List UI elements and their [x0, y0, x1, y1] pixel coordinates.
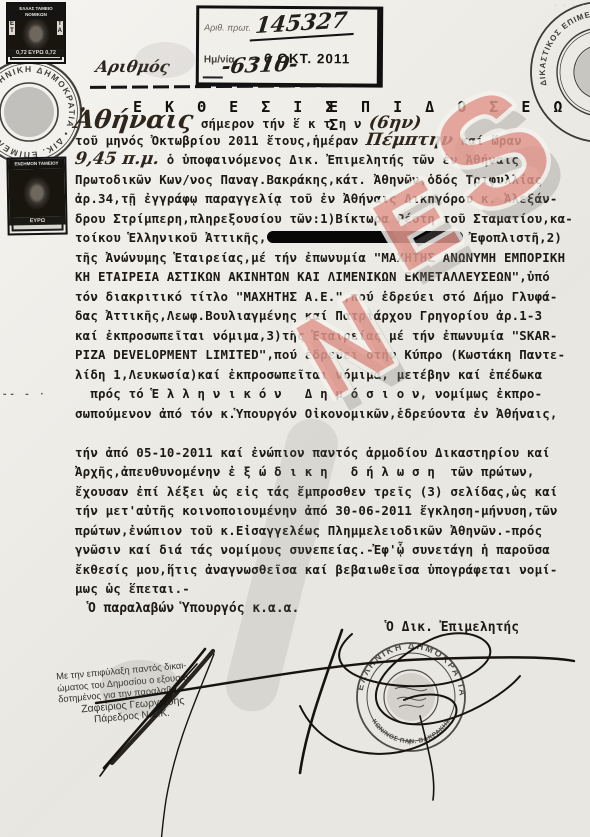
body-line: ἀρ.34,τῇ ἐγγράφῳ παραγγελίᾳ τοῦ ἐν Ἀθήνα… [75, 188, 573, 208]
typed-text: PIZA DEVELOPMENT LIMITED",πού ἑδρεύει στ… [75, 347, 565, 362]
bottom-right-round-stamp: ΕΛΛΗΝΙΚΗ ΔΗΜΟΚΡΑΤΙΑ ΚΩΝ/ΝΟΣ ΠΑΝ. ΒΑΚΡΑΚΗ… [355, 641, 468, 751]
body-line: ΚΗ ΕΤΑΙΡΕΙΑ ΑΣΤΙΚΩΝ ΑΚΙΝΗΤΩΝ ΚΑΙ ΛΙΜΕΝΙΚ… [75, 266, 573, 286]
typed-text: μως ὡς ἕπεται.- [75, 581, 190, 596]
body-line: ἔχουσαν ἐπί λέξει ὡς εἰς τάς ἔμπροσθεν τ… [75, 481, 573, 501]
bottom-right-stamp-star: ✳ [406, 735, 413, 748]
body-line: πρώτων,ἐνώπιον τοῦ κ.Εἰσαγγελέως Πλημμελ… [75, 520, 573, 540]
body-text: Ἀθήναις σήμερον τήν ἕ κ τ η ν (6ην)τοῦ μ… [75, 110, 573, 598]
body-line: ἔκθεσίς μου,ἥτις ἀναγνωσθεῖσα καί βεβαιω… [75, 559, 573, 579]
redaction-bar [267, 231, 463, 243]
doc-number-label: Αριθμός [94, 57, 171, 76]
typed-text: ἕ κ τ η ν [293, 116, 370, 131]
typed-text: ἔκθεσίς μου,ἥτις ἀναγνωσθεῖσα καί βεβαιω… [75, 562, 558, 577]
typed-text: καί ὥραν [453, 133, 522, 148]
typed-text: πρώτων,ἐνώπιον τοῦ κ.Εἰσαγγελέως Πλημμελ… [75, 523, 542, 538]
body-line: καί ἐκπροσωπεῖται νόμιμα,3)τῆς Ἑταιρείας… [75, 325, 573, 345]
typed-text: τοῦ μηνός Ὀκτωβρίου 2011 ἔτους,ἡμέραν [75, 133, 366, 148]
body-line: PIZA DEVELOPMENT LIMITED",πού ἑδρεύει στ… [75, 344, 573, 364]
body-line: δρου Στρίμπερη,πληρεξουσίου τῶν:1)Βίκτωρ… [75, 208, 573, 228]
typed-text: πρός τό Ἑ λ λ η ν ι κ ό ν Δ η μ ό σ ι ο … [75, 386, 542, 401]
protocol-number-label: Αριθ. πρωτ. [204, 22, 251, 32]
body-line: Πρωτοδικῶν Κων/νος Παναγ.Βακράκης,κάτ. Ἀ… [75, 169, 573, 189]
protocol-number-value: 145327 [250, 7, 357, 42]
typed-text: ἔχουσαν ἐπί λέξει ὡς εἰς τάς ἔμπροσθεν τ… [75, 484, 558, 499]
closing-bailiff-line: Ὁ Δικ. Ἐπιμελητής [386, 620, 519, 635]
typed-text: Πρωτοδικῶν Κων/νος Παναγ.Βακράκης,κάτ. Ἀ… [75, 172, 542, 187]
revenue-stamp-1-portrait: Ε Τ Τ Α [8, 19, 64, 49]
typed-text: τόν διακριτικό τίτλο "ΜΑΧΗΤΗΣ Α.Ε.",πού … [75, 289, 558, 304]
typed-text: Ἀρχῆς,ἀπευθυνομένην ἐ ξ ώ δ ι κ η δ ή λ … [75, 464, 535, 479]
typed-text: τῆς Ἀνώνυμης Ἑταιρείας,μέ τήν ἐπωνυμία "… [75, 250, 565, 265]
typed-text: σήμερον τήν [193, 116, 293, 131]
body-line: τήν μετ'αὐτῆς κοινοποιουμένην ἀπό 30-06-… [75, 500, 573, 520]
body-line: σωπούμενον ἀπό τόν κ.Ὑπουργόν Οἰκονομικῶ… [75, 403, 573, 423]
body-line: μως ὡς ἕπεται.- [75, 578, 573, 598]
typed-text: τήν μετ'αὐτῆς κοινοποιουμένην ἀπό 30-06-… [75, 503, 558, 518]
body-line: τήν ἀπό 05-10-2011 καί ἐνώπιον παντός ἁρ… [75, 442, 573, 462]
body-line: 9,45 π.μ. ὁ ὑποφαινόμενος Δικ. Ἐπιμελητή… [75, 149, 573, 169]
revenue-stamp-1-left-letters: Ε Τ [9, 21, 15, 35]
revenue-stamp-2: ΕΝΣΗΜΟΝ ΤΑΜΕΙΟΥ ΕΥΡΩ [6, 156, 67, 235]
corner-marks: · · · · [554, 2, 586, 9]
handwritten-text: Πέμπτην [365, 131, 455, 151]
document-page: • ΕΛΛΗΝΙΚΗ ΔΗΜΟΚΡΑΤΙΑ • ΔΙΚ. ΕΠΙΜΕΛΗΤΗΣ … [0, 0, 590, 837]
typed-text: γνῶσιν καί διά τάς νομίμους συνεπείας.-Ἐ… [75, 542, 550, 557]
body-line: Ἀρχῆς,ἀπευθυνομένην ἐ ξ ώ δ ι κ η δ ή λ … [75, 461, 573, 481]
typed-text: λίδη 1,Λευκωσία)καί ἐκπροσωπεῖται νόμιμα… [75, 367, 542, 382]
typed-text: τήν ἀπό 05-10-2011 καί ἐνώπιον παντός ἁρ… [75, 445, 550, 460]
body-line: λίδη 1,Λευκωσία)καί ἐκπροσωπεῖται νόμιμα… [75, 364, 573, 384]
typed-text: Ἐφοπλιστῆ,2) [463, 230, 563, 245]
revenue-stamp-1: ΕΛΛΑΣ ΤΑΜΕΙΟ ΝΟΜΙΚΩΝ Ε Τ Τ Α 0,72 ΕΥΡΩ 0… [6, 2, 66, 64]
protocol-number-row: Αριθ. πρωτ. 145327 [199, 8, 377, 45]
body-line: Ἀθήναις σήμερον τήν ἕ κ τ η ν (6ην) [75, 110, 573, 130]
body-line: τόν διακριτικό τίτλο "ΜΑΧΗΤΗΣ Α.Ε.",πού … [75, 286, 573, 306]
closing-recipient-line: Ὁ παραλαβών Ὑπουργός κ.α.α. [88, 601, 299, 616]
body-line: γνῶσιν καί διά τάς νομίμους συνεπείας.-Ἐ… [75, 539, 573, 559]
doc-number-value: -6310- [220, 51, 300, 79]
body-line: πρός τό Ἑ λ λ η ν ι κ ό ν Δ η μ ό σ ι ο … [75, 383, 573, 403]
revenue-stamp-2-footer: ΕΥΡΩ [9, 216, 65, 225]
typed-text: ἀρ.34,τῇ ἐγγράφῳ παραγγελίᾳ τοῦ ἐν Ἀθήνα… [75, 191, 558, 206]
typed-text: ΚΗ ΕΤΑΙΡΕΙΑ ΑΣΤΙΚΩΝ ΑΚΙΝΗΤΩΝ ΚΑΙ ΛΙΜΕΝΙΚ… [75, 269, 550, 284]
margin-marks: -- - · [2, 390, 47, 400]
typed-text: καί ἐκπροσωπεῖται νόμιμα,3)τῆς Ἑταιρείας… [75, 328, 558, 343]
body-line: τοίκου Ἑλληνικοῦ Ἀττικῆς, Ἐφοπλιστῆ,2) [75, 227, 573, 247]
revenue-stamp-1-footer: 0,72 ΕΥΡΩ 0,72 [8, 49, 64, 57]
left-round-stamp: • ΕΛΛΗΝΙΚΗ ΔΗΜΟΚΡΑΤΙΑ • ΔΙΚ. ΕΠΙΜΕΛΗΤΗΣ [0, 60, 81, 164]
body-line: δας Ἀττικῆς,Λεωφ.Βουλιαγμένης καί Πατριά… [75, 305, 573, 325]
handwritten-text: 9,45 π.μ. [74, 150, 161, 170]
revenue-stamp-1-header: ΕΛΛΑΣ ΤΑΜΕΙΟ ΝΟΜΙΚΩΝ [8, 4, 64, 19]
revenue-stamp-2-portrait [9, 168, 66, 217]
typed-text: ὁ ὑποφαινόμενος Δικ. Ἐπιμελητής τῶν ἐν Ἀ… [159, 152, 519, 167]
typed-text: δρου Στρίμπερη,πληρεξουσίου τῶν:1)Βίκτωρ… [75, 211, 573, 226]
typed-text: τοίκου Ἑλληνικοῦ Ἀττικῆς, [75, 230, 267, 245]
handwritten-text: Ἀθήναις [74, 110, 195, 129]
revenue-stamp-1-right-letters: Τ Α [57, 21, 63, 35]
typed-text: δας Ἀττικῆς,Λεωφ.Βουλιαγμένης καί Πατριά… [75, 308, 542, 323]
typed-text: σωπούμενον ἀπό τόν κ.Ὑπουργόν Οἰκονομικῶ… [75, 406, 558, 421]
body-line: τῆς Ἀνώνυμης Ἑταιρείας,μέ τήν ἐπωνυμία "… [75, 247, 573, 267]
body-line [75, 422, 573, 442]
